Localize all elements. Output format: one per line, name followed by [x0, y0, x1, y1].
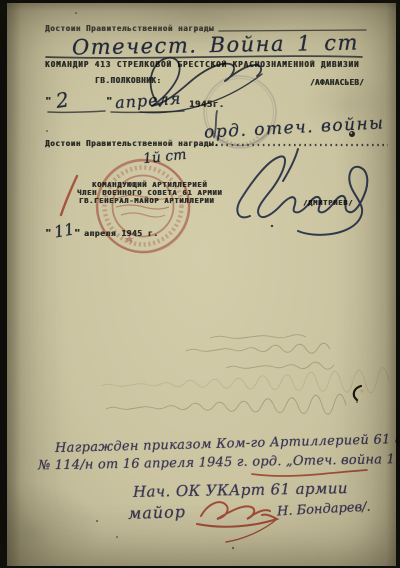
typed-date-year-1: 1945г.	[189, 100, 225, 110]
typed-date-rest-2: апреля 1945 г.	[84, 229, 158, 238]
typed-open-quote-2: "	[45, 228, 51, 239]
typed-close-quote-2: "	[74, 228, 80, 239]
handwritten-date-day-2: 11	[53, 219, 76, 241]
typed-artillery-commander-line3: ГВ.ГЕНЕРАЛ-МАЙОР АРТИЛЛЕРИИ	[79, 197, 214, 205]
typed-heading-worthy-of-award-1: Достоин Правительственной награды	[45, 24, 214, 33]
typed-artillery-commander-line2: ЧЛЕН ВОЕННОГО СОВЕТА 61 АРМИИ	[77, 189, 222, 197]
typed-open-quote-1: "	[45, 96, 51, 107]
typed-close-quote-1: "	[106, 96, 112, 107]
handwritten-date-day-1: 2	[54, 87, 70, 113]
typed-heading-worthy-of-award-2: Достоин Правительственной награды.	[45, 139, 219, 148]
typed-name-dmitriev: /ДМИТРИЕВ/	[303, 199, 353, 207]
order-award-name-underlined: Отеч. война 1 ст“	[293, 452, 400, 469]
typed-name-afanasyev: /АФАНАСЬЕВ/	[310, 78, 364, 87]
handwritten-award-name-1: Отечест. Война 1 ст	[72, 30, 359, 59]
typed-division-commander-line: КОМАНДИР 413 СТРЕЛКОВОЙ БРЕСТСКОЙ КРАСНО…	[45, 60, 359, 69]
handwritten-personnel-chief-line: Нач. ОК УКАрт 61 армии	[133, 479, 348, 501]
scanned-award-document: Достоин Правительственной награды Отечес…	[0, 0, 400, 568]
typed-artillery-commander-line1: КОМАНДУЮЩИЙ АРТИЛЛЕРИЕЙ	[92, 181, 207, 189]
handwritten-rank-major: майор	[128, 502, 187, 523]
typed-rank-guards-colonel: ГВ.ПОЛКОВНИК:	[95, 76, 162, 85]
